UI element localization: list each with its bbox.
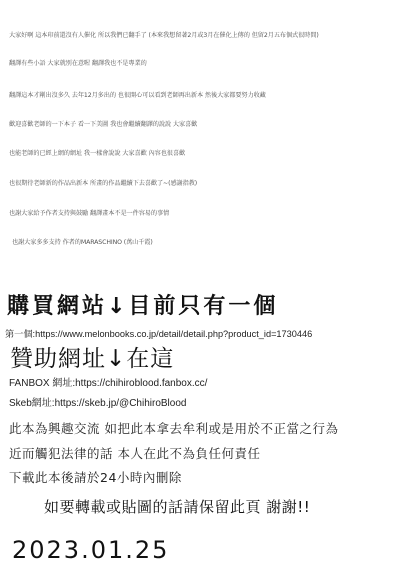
release-date: 2023.01.25 <box>12 536 169 564</box>
disclaimer-line: 近而觸犯法律的話 本人在此不為負任何責任 <box>9 444 260 462</box>
note-line: 大家好啊 這本印前還沒有人催化 所以我們已翻手了 (本來我想留著2月或3月在催化… <box>9 30 319 39</box>
note-line: 也能老師的已經上網的網址 我一樣會說說 大家喜歡 內容也很喜歡 <box>9 148 185 157</box>
purchase-heading: 購買網站↓目前只有一個 <box>7 289 278 320</box>
skeb-link[interactable]: Skeb網址:https://skeb.jp/@ChihiroBlood <box>9 394 186 409</box>
note-line: 翻譯有些小語 大家就別在意喔 翻譯我也不是專業的 <box>9 58 147 67</box>
note-line: 翻譯這本才剛出沒多久 去年12月多出的 也很開心可以看到老師再出新本 然後大家都… <box>9 90 266 99</box>
repost-notice: 如要轉載或貼圖的話請保留此頁 謝謝!! <box>44 496 310 517</box>
note-line: 也謝大家多多支持 作者的MARASCHINO (萬山千霞) <box>12 237 153 246</box>
disclaimer-line: 此本為興趣交流 如把此本拿去牟利或是用於不正當之行為 <box>9 419 338 437</box>
note-line: 也很期待老師新的作品出新本 所畫的作品繼續下去喜歡了~(感謝指教) <box>9 178 197 187</box>
fanbox-link[interactable]: FANBOX 網址:https://chihiroblood.fanbox.cc… <box>9 374 207 389</box>
support-heading: 贊助網址↓在這 <box>10 340 174 373</box>
disclaimer-line: 下載此本後請於24小時內刪除 <box>9 468 182 486</box>
note-line: 也謝大家給予作者支持與鼓勵 翻譯畫本不是一件容易的事情 <box>9 208 169 217</box>
melonbooks-link[interactable]: 第一個:https://www.melonbooks.co.jp/detail/… <box>5 326 312 340</box>
note-line: 歡迎喜歡老師的一下本子 看一下美圖 我也會繼續翻譯的說說 大家喜歡 <box>9 119 197 128</box>
